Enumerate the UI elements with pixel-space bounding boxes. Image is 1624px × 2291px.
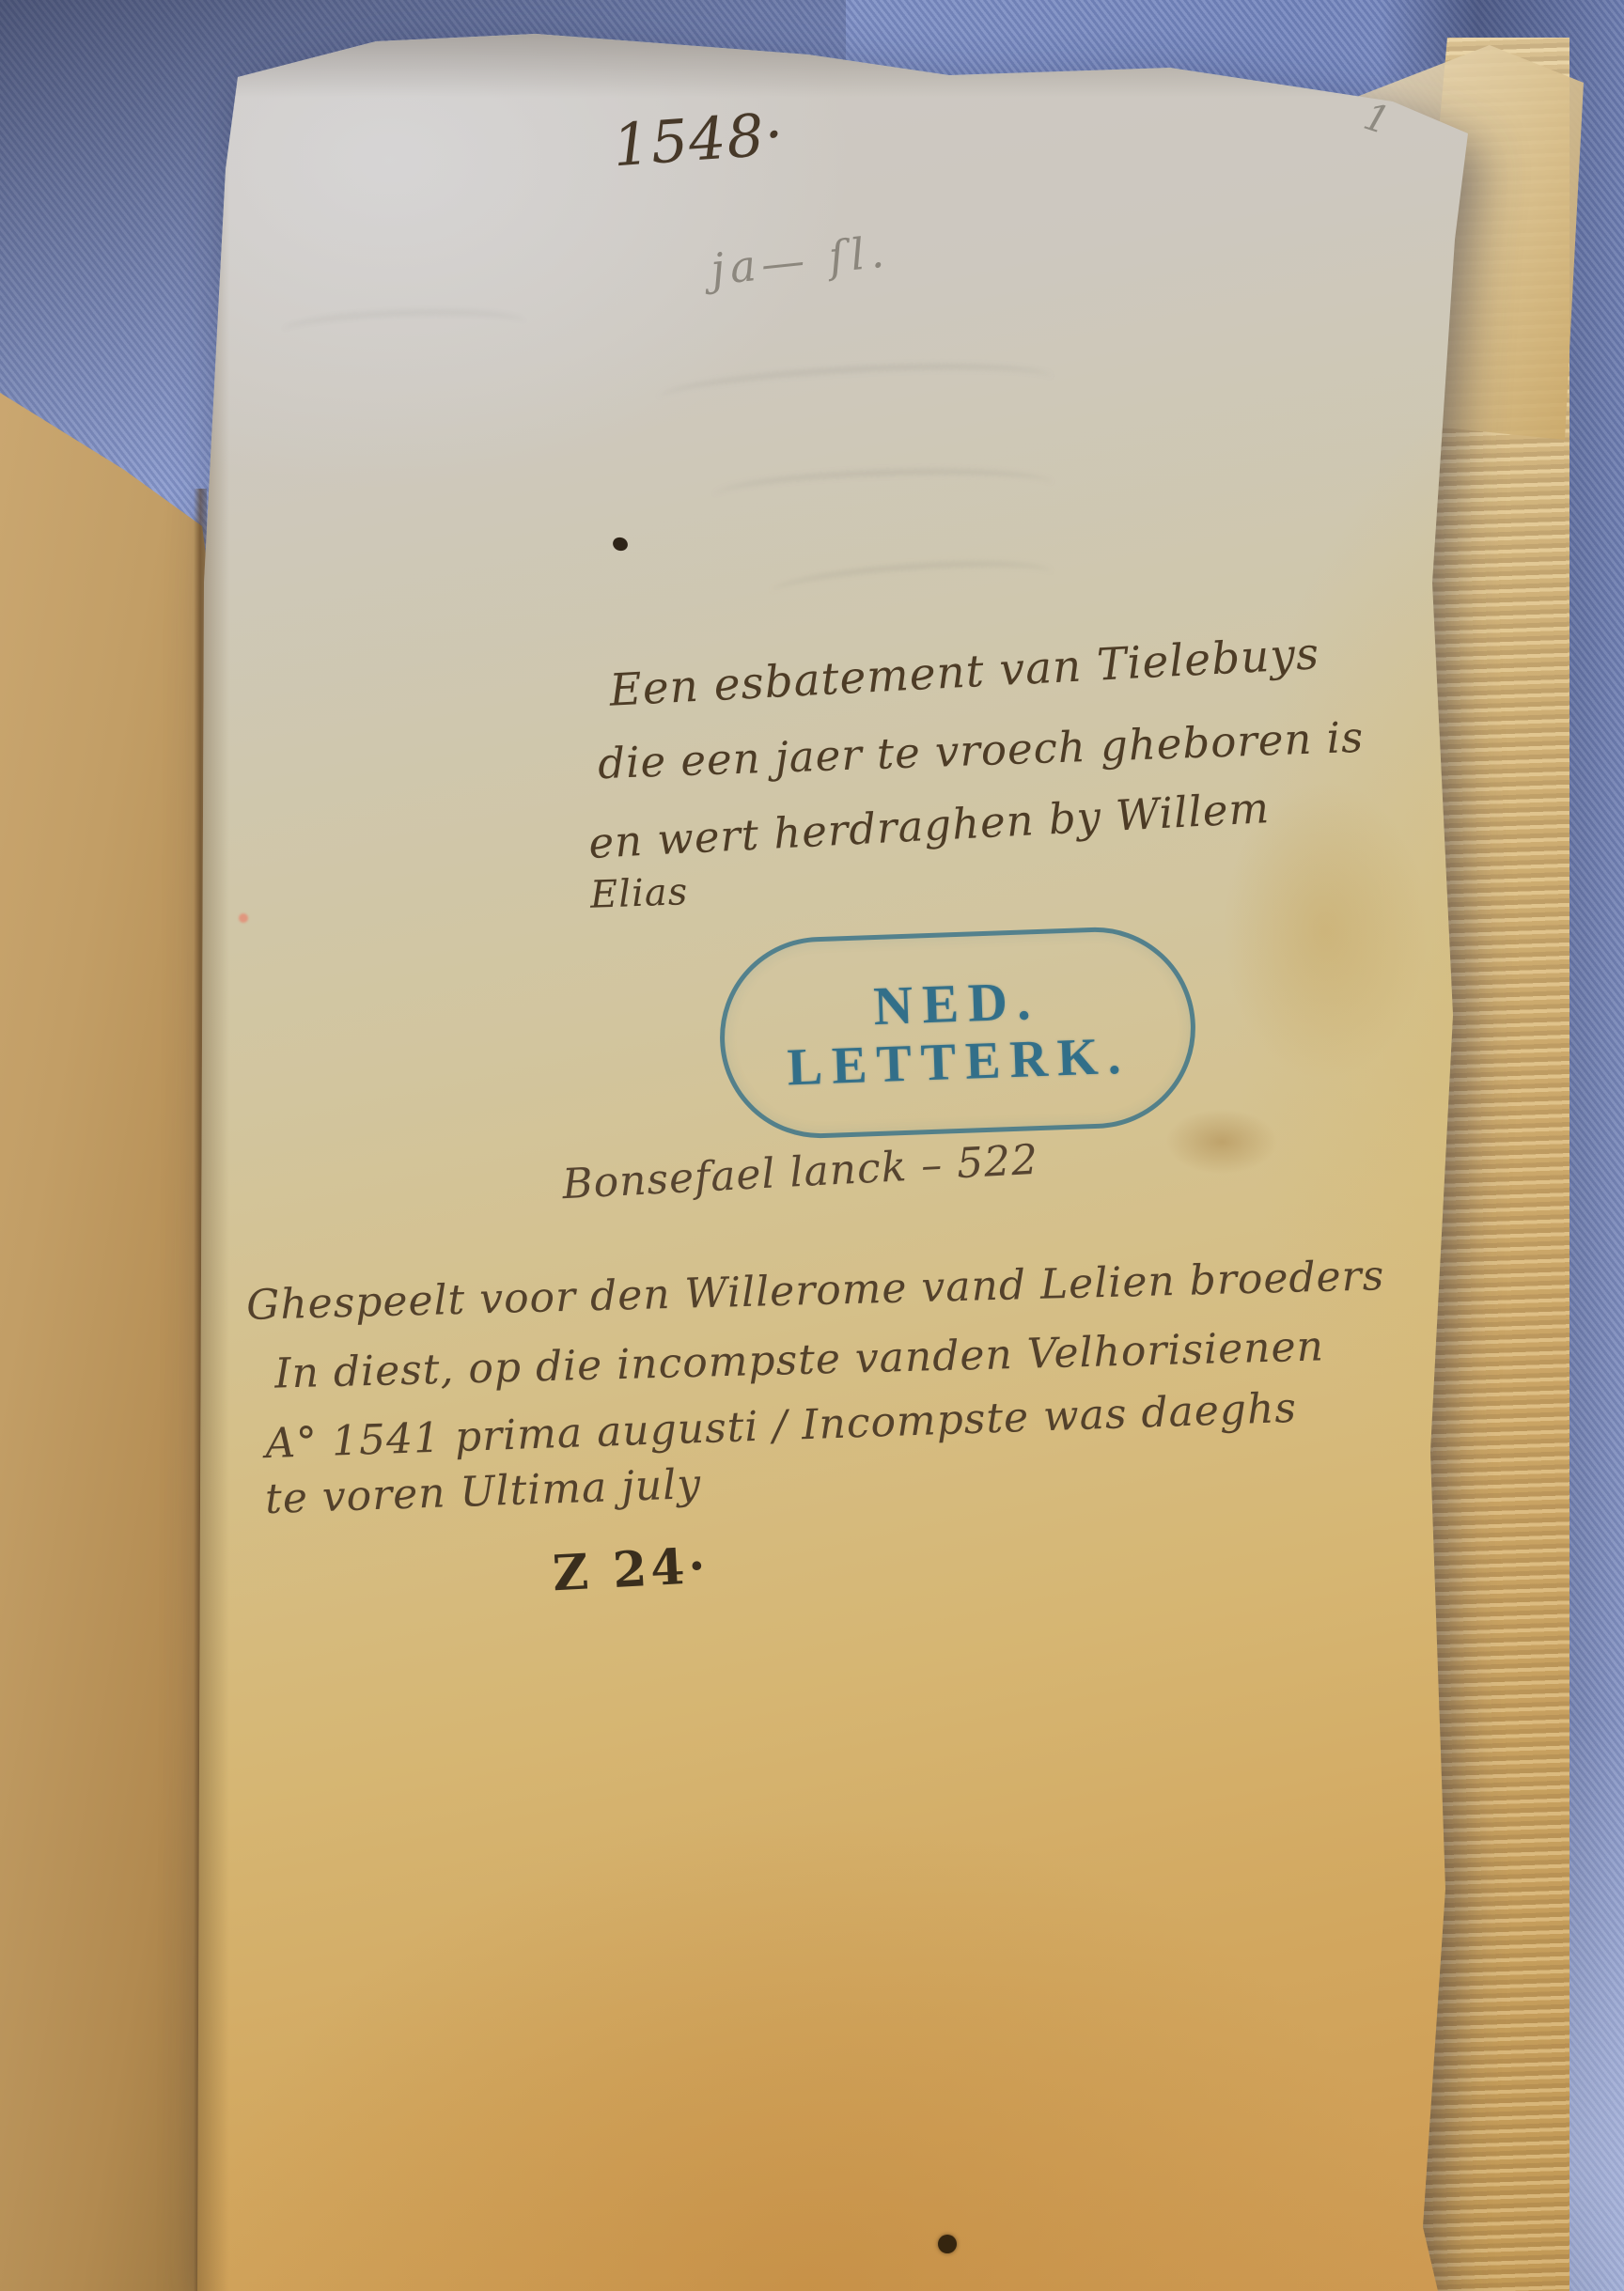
performance-note-line-4: te voren Ultima july (264, 1460, 702, 1523)
performance-note-line-3: A° 1541 prima augusti / Incompste was da… (264, 1384, 1297, 1468)
performance-note-line-1: Ghespeelt voor den Willerome vand Lelien… (246, 1252, 1385, 1330)
pink-speck (45, 1831, 58, 1844)
faint-inscription: ja— ſl. (709, 226, 892, 295)
manuscript-page-wrap: 1548· 1 ja— ſl. Een esbatement van Tiele… (0, 0, 1624, 2291)
manuscript-page: 1548· 1 ja— ſl. Een esbatement van Tiele… (0, 0, 1624, 2291)
shelfmark: Z 24· (552, 1537, 710, 1603)
ned-letterk-oval-stamp: NED. LETTERK. (716, 924, 1198, 1142)
ink-bleed-through-mark (770, 554, 1054, 612)
stamp-text-line-2: LETTERK. (787, 1029, 1132, 1096)
pink-speck (239, 913, 248, 923)
stamp-text-line-1: NED. (872, 973, 1040, 1036)
ink-bleed-through-mark (713, 464, 1053, 516)
page-top-edge-shadow (226, 32, 1476, 98)
title-line-2: die een jaer te vroech gheboren is (597, 712, 1365, 788)
page-left-edge-shadow (197, 75, 229, 2291)
ink-speck (611, 536, 630, 553)
ink-bleed-through-mark (657, 356, 1054, 420)
length-note: Bonsefael lanck – 522 (561, 1136, 1039, 1208)
title-line-4: Elias (589, 870, 689, 917)
performance-note-line-2: In diest, op die incompste vanden Velhor… (274, 1322, 1325, 1397)
ink-bleed-through-mark (281, 305, 526, 348)
manuscript-photo: 1548· 1 ja— ſl. Een esbatement van Tiele… (0, 0, 1624, 2291)
title-line-3: en wert herdraghen by Willem (587, 783, 1271, 868)
paper-stain (1165, 1109, 1278, 1175)
year-inscription: 1548· (611, 100, 787, 180)
title-line-1: Een esbatement van Tielebuys (608, 628, 1320, 717)
wormhole-dot (938, 2235, 957, 2253)
folio-mark: 1 (1359, 95, 1396, 144)
